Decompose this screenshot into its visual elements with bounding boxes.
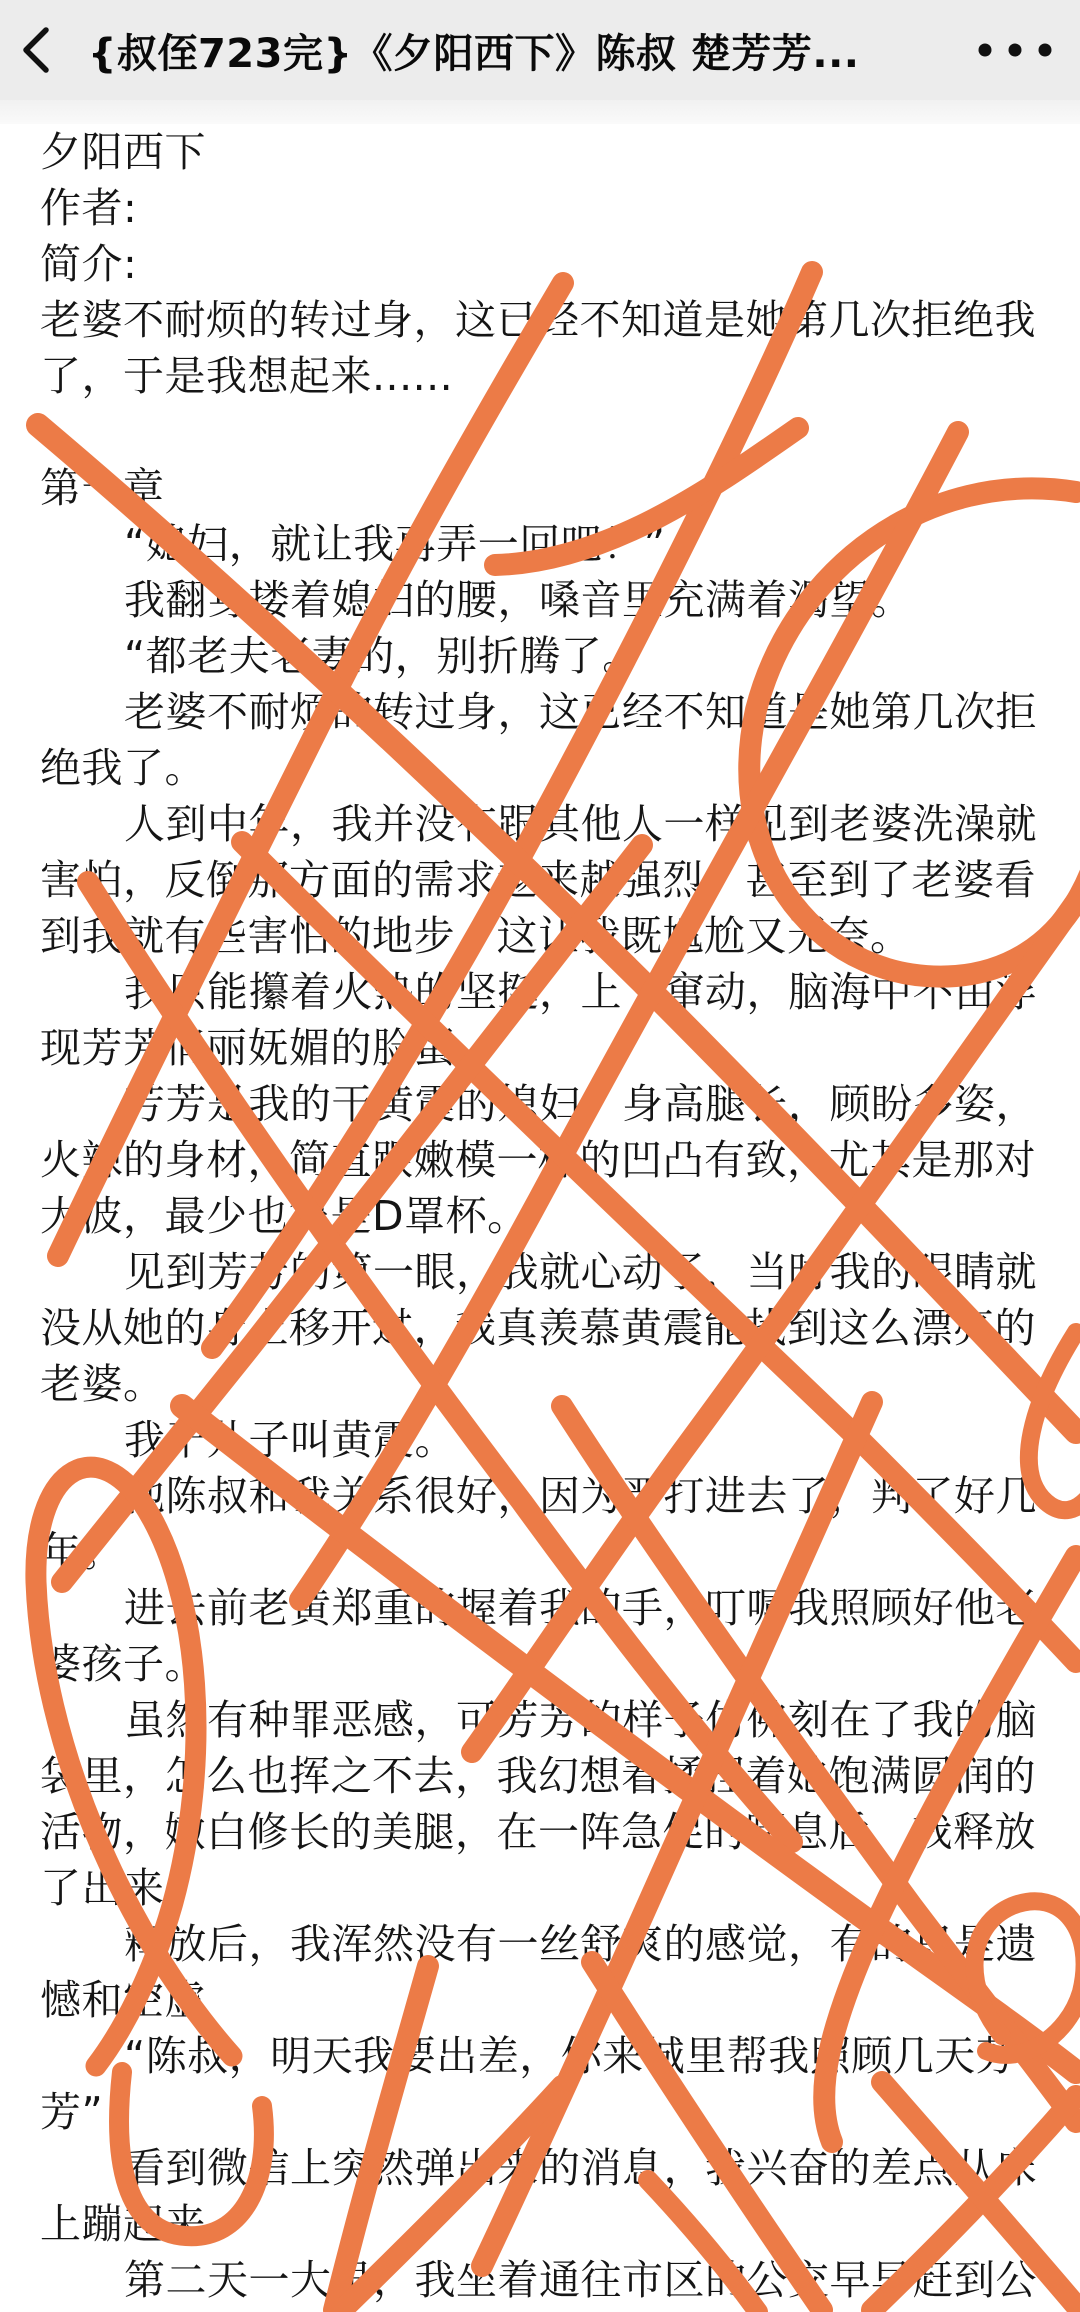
more-menu-button[interactable]: [950, 0, 1080, 100]
text-line: “陈叔，明天我要出差，你来城里帮我照顾几天芳: [40, 2028, 1040, 2084]
text-line: 火辣的身材，简直跟嫩模一样的凹凸有致，尤其是那对: [40, 1132, 1040, 1188]
text-line: 婆孩子。: [40, 1636, 1040, 1692]
text-line: “媳妇，就让我再弄一回吧！”: [40, 516, 1040, 572]
text-line: 害怕，反倒那方面的需求越来越强烈，甚至到了老婆看: [40, 852, 1040, 908]
text-line: 活物，嫩白修长的美腿，在一阵急促的喘息后，我释放: [40, 1804, 1040, 1860]
text-line: 夕阳西下: [40, 124, 1040, 180]
text-line: 简介:: [40, 236, 1040, 292]
text-line: 没从她的身上移开过，我真羡慕黄震能找到这么漂亮的: [40, 1300, 1040, 1356]
text-line: 了，于是我想起来......: [40, 348, 1040, 404]
text-line: 绝我了。: [40, 740, 1040, 796]
text-line: [40, 404, 1040, 460]
text-line: 现芳芳俏丽妩媚的脸蛋。: [40, 1020, 1040, 1076]
chevron-left-icon: [18, 24, 52, 76]
text-line: 到我就有些害怕的地步，这让我既尴尬又无奈。: [40, 908, 1040, 964]
text-line: 大波，最少也得是D罩杯。: [40, 1188, 1040, 1244]
text-line: 释放后，我浑然没有一丝舒爽的感觉，有的只是遗: [40, 1916, 1040, 1972]
text-line: 见到芳芳的第一眼，我就心动了，当时我的眼睛就: [40, 1244, 1040, 1300]
text-line: 老婆。: [40, 1356, 1040, 1412]
text-line: “都老夫老妻的，别折腾了。”: [40, 628, 1040, 684]
text-line: 我翻身搂着媳妇的腰，嗓音里充满着渴望。: [40, 572, 1040, 628]
text-line: 老婆不耐烦的转过身，这已经不知道是她第几次拒: [40, 684, 1040, 740]
back-button[interactable]: [0, 0, 70, 100]
navigation-bar: {叔侄723完}《夕阳西下》陈叔 楚芳芳...: [0, 0, 1080, 100]
text-line: 了出来。: [40, 1860, 1040, 1916]
navbar-shadow: [0, 100, 1080, 124]
text-line: 我干儿子叫黄震。: [40, 1412, 1040, 1468]
three-dots-icon: [972, 38, 1058, 62]
text-line: 芳芳是我的干黄震的媳妇，身高腿长，顾盼多姿，: [40, 1076, 1040, 1132]
text-line: 憾和空虚: [40, 1972, 1040, 2028]
article-text: 夕阳西下作者:简介:老婆不耐烦的转过身，这已经不知道是她第几次拒绝我了，于是我想…: [0, 124, 1080, 2308]
text-line: 看到微信上突然弹出来的消息，我兴奋的差点从床: [40, 2140, 1040, 2196]
text-line: 虽然有种罪恶感，可芳芳的样子仿佛刻在了我的脑: [40, 1692, 1040, 1748]
text-line: 他陈叔和我关系很好，因为严打进去了，判了好几: [40, 1468, 1040, 1524]
text-line: 芳”: [40, 2084, 1040, 2140]
text-line: 第二天一大早，我坐着通往市区的公交早早赶到公: [40, 2252, 1040, 2308]
text-line: 年。: [40, 1524, 1040, 1580]
text-line: 我只能攥着火热的坚挺，上下窜动，脑海中不由浮: [40, 964, 1040, 1020]
text-line: 老婆不耐烦的转过身，这已经不知道是她第几次拒绝我: [40, 292, 1040, 348]
text-line: 进去前老黄郑重的握着我的手，叮嘱我照顾好他老: [40, 1580, 1040, 1636]
text-line: 第一章: [40, 460, 1040, 516]
page-title: {叔侄723完}《夕阳西下》陈叔 楚芳芳...: [70, 22, 950, 79]
text-line: 作者:: [40, 180, 1040, 236]
text-line: 袋里，怎么也挥之不去，我幻想着揉捏着她饱满圆润的: [40, 1748, 1040, 1804]
text-line: 上蹦起来。: [40, 2196, 1040, 2252]
text-line: 人到中年，我并没有跟其他人一样见到老婆洗澡就: [40, 796, 1040, 852]
